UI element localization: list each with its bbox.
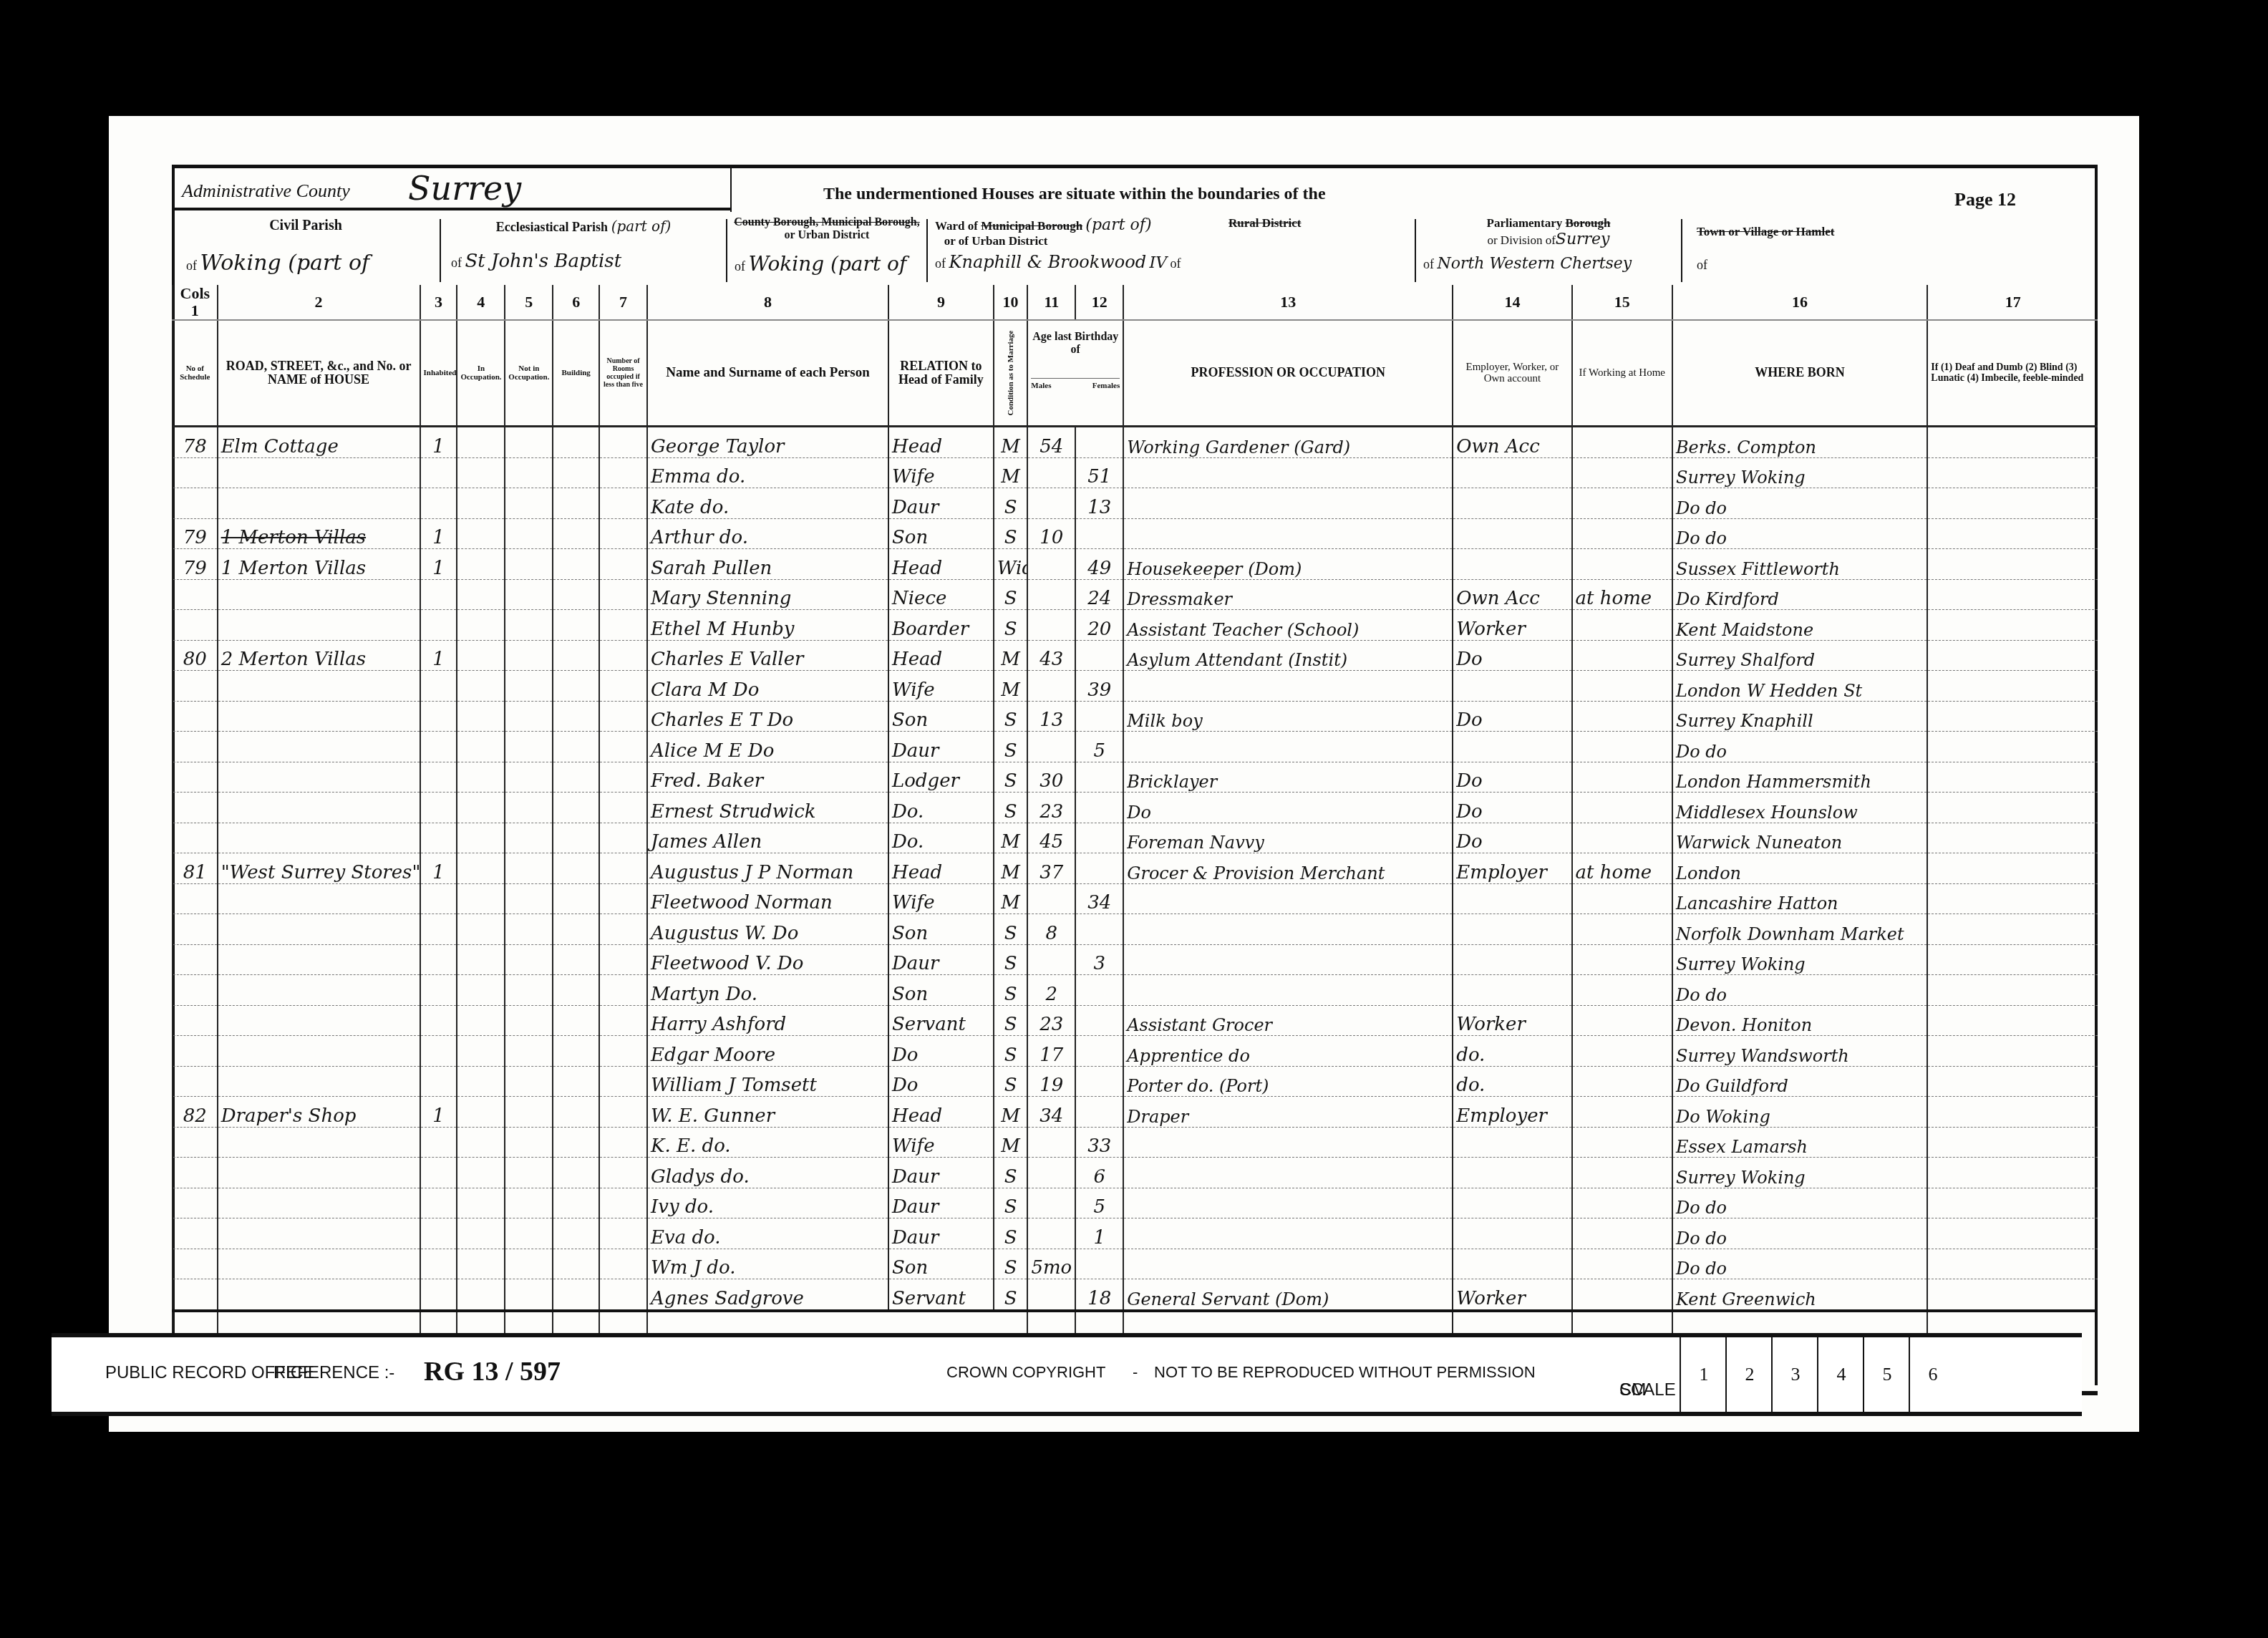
cell-schedule — [173, 1066, 218, 1097]
cell-schedule — [173, 610, 218, 641]
cell-address: "West Surrey Stores" — [218, 853, 420, 884]
cell-relation: Daur — [888, 1218, 994, 1249]
cell-born: Do do — [1672, 518, 1927, 549]
cell-infirmity — [1927, 488, 2098, 519]
cell-condition: M — [994, 457, 1028, 488]
col-num: 5 — [505, 285, 553, 320]
empty-cell — [505, 671, 553, 702]
cell-relation: Son — [888, 1249, 994, 1279]
cell-inhabited — [420, 1249, 457, 1279]
cell-born: Do Kirdford — [1672, 579, 1927, 610]
table-row: Kate do.DaurS13Do do — [173, 488, 2098, 519]
cell-at-home — [1572, 1218, 1672, 1249]
cell-employer: Do — [1453, 793, 1571, 823]
cell-relation: Son — [888, 518, 994, 549]
table-row: Eva do.DaurS1Do do — [173, 1218, 2098, 1249]
cell-occupation — [1123, 1218, 1453, 1249]
cell-condition: S — [994, 701, 1028, 732]
intro-text: The undermentioned Houses are situate wi… — [823, 185, 1326, 204]
cell-inhabited — [420, 671, 457, 702]
cell-male-age: 43 — [1027, 640, 1075, 671]
cell-rooms — [599, 701, 647, 732]
cell-female-age: 33 — [1075, 1127, 1123, 1158]
empty-cell — [505, 701, 553, 732]
cell-rooms — [599, 914, 647, 945]
empty-cell — [505, 1188, 553, 1218]
cell-employer: Own Acc — [1453, 579, 1571, 610]
table-row: Fleetwood NormanWifeM34Lancashire Hatton — [173, 883, 2098, 914]
cell-occupation — [1123, 883, 1453, 914]
cell-rooms — [599, 549, 647, 580]
cell-address: Elm Cottage — [218, 427, 420, 458]
cell-female-age: 18 — [1075, 1279, 1123, 1311]
cell-name: Emma do. — [647, 457, 888, 488]
table-row: Clara M DoWifeM39London W Hedden St — [173, 671, 2098, 702]
cell-address — [218, 1127, 420, 1158]
cell-address: 1 Merton Villas — [218, 518, 420, 549]
cell-inhabited — [420, 610, 457, 641]
cell-born: Sussex Fittleworth — [1672, 549, 1927, 580]
empty-cell — [553, 1188, 599, 1218]
empty-cell — [457, 853, 505, 884]
cell-occupation: Working Gardener (Gard) — [1123, 427, 1453, 458]
cell-name: Agnes Sadgrove — [647, 1279, 888, 1311]
cell-employer — [1453, 457, 1571, 488]
cell-male-age: 17 — [1027, 1036, 1075, 1067]
empty-cell — [553, 853, 599, 884]
empty-cell — [553, 944, 599, 975]
ward-cell: Ward of Municipal Borough (part of) or o… — [928, 212, 1228, 283]
parliamentary-value: North Western Chertsey — [1438, 255, 1632, 273]
empty-cell — [553, 640, 599, 671]
col-num: 8 — [647, 285, 888, 320]
cell-address — [218, 610, 420, 641]
cell-condition: S — [994, 518, 1028, 549]
cell-inhabited: 1 — [420, 853, 457, 884]
cell-rooms — [599, 975, 647, 1006]
cell-relation: Head — [888, 549, 994, 580]
empty-cell — [553, 549, 599, 580]
cell-relation: Head — [888, 1097, 994, 1128]
empty-cell — [505, 823, 553, 853]
cell-schedule — [173, 732, 218, 762]
cell-female-age — [1075, 1097, 1123, 1128]
cell-occupation — [1123, 1249, 1453, 1279]
cell-employer — [1453, 732, 1571, 762]
cell-female-age — [1075, 427, 1123, 458]
cell-born: Kent Greenwich — [1672, 1279, 1927, 1311]
empty-cell — [505, 549, 553, 580]
cell-occupation: Porter do. (Port) — [1123, 1066, 1453, 1097]
ward-value: Knaphill & Brookwood — [949, 252, 1147, 272]
empty-cell — [505, 762, 553, 793]
cell-inhabited — [420, 793, 457, 823]
cell-at-home — [1572, 1249, 1672, 1279]
cell-address — [218, 944, 420, 975]
cell-condition: S — [994, 488, 1028, 519]
cell-female-age — [1075, 1249, 1123, 1279]
cell-rooms — [599, 1279, 647, 1311]
cell-relation: Daur — [888, 732, 994, 762]
cell-rooms — [599, 944, 647, 975]
cell-address — [218, 1066, 420, 1097]
cell-address — [218, 671, 420, 702]
empty-cell — [505, 1279, 553, 1311]
cell-address: 2 Merton Villas — [218, 640, 420, 671]
empty-cell — [505, 640, 553, 671]
empty-cell — [505, 793, 553, 823]
empty-cell — [505, 1036, 553, 1067]
table-row: Augustus W. DoSonS8Norfolk Downham Marke… — [173, 914, 2098, 945]
cell-born: London W Hedden St — [1672, 671, 1927, 702]
table-row: Wm J do.SonS5moDo do — [173, 1249, 2098, 1279]
cell-name: Charles E T Do — [647, 701, 888, 732]
empty-cell — [553, 610, 599, 641]
cell-address: Draper's Shop — [218, 1097, 420, 1128]
cell-address — [218, 732, 420, 762]
cell-condition: S — [994, 1188, 1028, 1218]
cell-infirmity — [1927, 1218, 2098, 1249]
empty-cell — [457, 1066, 505, 1097]
cell-female-age: 5 — [1075, 1188, 1123, 1218]
cell-schedule — [173, 457, 218, 488]
table-row: Alice M E DoDaurS5Do do — [173, 732, 2098, 762]
scale-mark: 5 — [1863, 1337, 1910, 1412]
heading-condition: Condition as to Marriage — [994, 320, 1028, 427]
cell-condition: S — [994, 1158, 1028, 1188]
table-row: Ethel M HunbyBoarderS20Assistant Teacher… — [173, 610, 2098, 641]
cell-name: Martyn Do. — [647, 975, 888, 1006]
cell-condition: S — [994, 1005, 1028, 1036]
cell-at-home — [1572, 518, 1672, 549]
cell-female-age — [1075, 975, 1123, 1006]
empty-cell — [457, 823, 505, 853]
empty-cell — [505, 1097, 553, 1128]
cell-condition: S — [994, 610, 1028, 641]
empty-cell — [457, 579, 505, 610]
empty-cell — [553, 671, 599, 702]
cell-rooms — [599, 1249, 647, 1279]
cell-at-home — [1572, 883, 1672, 914]
table-row: 78Elm Cottage1George TaylorHeadM54Workin… — [173, 427, 2098, 458]
cell-occupation — [1123, 914, 1453, 945]
cell-name: Augustus J P Norman — [647, 853, 888, 884]
cell-relation: Son — [888, 975, 994, 1006]
cell-schedule — [173, 488, 218, 519]
cell-infirmity — [1927, 762, 2098, 793]
cell-schedule — [173, 1036, 218, 1067]
cell-employer: Worker — [1453, 1005, 1571, 1036]
cell-name: James Allen — [647, 823, 888, 853]
cell-inhabited: 1 — [420, 427, 457, 458]
cell-inhabited: 1 — [420, 549, 457, 580]
table-row: 802 Merton Villas1Charles E VallerHeadM4… — [173, 640, 2098, 671]
cell-at-home — [1572, 610, 1672, 641]
empty-cell — [457, 488, 505, 519]
cell-condition: M — [994, 1097, 1028, 1128]
heading-where-born: WHERE BORN — [1672, 320, 1927, 427]
heading-schedule: No of Schedule — [173, 320, 218, 427]
empty-cell — [505, 1005, 553, 1036]
cell-schedule — [173, 671, 218, 702]
empty-cell — [553, 579, 599, 610]
table-row: Fleetwood V. DoDaurS3Surrey Woking — [173, 944, 2098, 975]
cell-rooms — [599, 823, 647, 853]
empty-cell — [553, 701, 599, 732]
cell-schedule — [173, 701, 218, 732]
cell-occupation: Milk boy — [1123, 701, 1453, 732]
cell-born: Surrey Shalford — [1672, 640, 1927, 671]
cell-female-age: 49 — [1075, 549, 1123, 580]
cell-female-age: 39 — [1075, 671, 1123, 702]
census-table: Cols 1 2 3 4 5 6 7 8 9 10 11 12 13 14 15… — [172, 285, 2098, 1395]
cell-occupation: Foreman Navvy — [1123, 823, 1453, 853]
cell-female-age — [1075, 853, 1123, 884]
cell-occupation — [1123, 518, 1453, 549]
cell-condition: M — [994, 640, 1028, 671]
cell-infirmity — [1927, 1005, 2098, 1036]
table-row: K. E. do.WifeM33Essex Lamarsh — [173, 1127, 2098, 1158]
heading-not-in-occupation: Not in Occupation. — [505, 320, 553, 427]
cell-infirmity — [1927, 1249, 2098, 1279]
cell-occupation: Draper — [1123, 1097, 1453, 1128]
cell-male-age — [1027, 1127, 1075, 1158]
cell-male-age: 54 — [1027, 427, 1075, 458]
cell-relation: Do — [888, 1066, 994, 1097]
cell-male-age — [1027, 1188, 1075, 1218]
cell-female-age: 13 — [1075, 488, 1123, 519]
heading-building: Building — [553, 320, 599, 427]
cell-inhabited — [420, 1158, 457, 1188]
cell-rooms — [599, 1097, 647, 1128]
empty-cell — [457, 1279, 505, 1311]
col-num: 2 — [218, 285, 420, 320]
empty-cell — [553, 975, 599, 1006]
col-num: 13 — [1123, 285, 1453, 320]
table-row: Ernest StrudwickDo.S23DoDoMiddlesex Houn… — [173, 793, 2098, 823]
cell-female-age — [1075, 640, 1123, 671]
cell-schedule: 82 — [173, 1097, 218, 1128]
cell-occupation: Dressmaker — [1123, 579, 1453, 610]
cell-rooms — [599, 1066, 647, 1097]
empty-cell — [505, 732, 553, 762]
heading-employer: Employer, Worker, or Own account — [1453, 320, 1571, 427]
cell-occupation: Assistant Teacher (School) — [1123, 610, 1453, 641]
empty-cell — [553, 1249, 599, 1279]
cell-infirmity — [1927, 1188, 2098, 1218]
cell-schedule — [173, 793, 218, 823]
admin-county-value: Surrey — [408, 169, 521, 208]
empty-cell — [553, 823, 599, 853]
cell-infirmity — [1927, 518, 2098, 549]
table-row: 791 Merton Villas1Sarah PullenHeadWid49H… — [173, 549, 2098, 580]
cell-female-age: 20 — [1075, 610, 1123, 641]
rural-district-cell: Rural District — [1228, 212, 1415, 283]
empty-cell — [553, 1005, 599, 1036]
cell-inhabited — [420, 457, 457, 488]
empty-cell — [505, 518, 553, 549]
cell-inhabited — [420, 1188, 457, 1218]
town-cell: Town or Village or Hamlet of — [1682, 212, 2095, 283]
empty-cell — [505, 1066, 553, 1097]
cell-employer: Employer — [1453, 1097, 1571, 1128]
cell-female-age — [1075, 823, 1123, 853]
census-sheet: Administrative County Surrey The underme… — [172, 159, 2098, 1383]
table-row: Fred. BakerLodgerS30BricklayerDoLondon H… — [173, 762, 2098, 793]
col-num: 10 — [994, 285, 1028, 320]
cell-condition: M — [994, 883, 1028, 914]
cell-address: 1 Merton Villas — [218, 549, 420, 580]
cell-male-age: 37 — [1027, 853, 1075, 884]
cell-name: Sarah Pullen — [647, 549, 888, 580]
cell-female-age: 6 — [1075, 1158, 1123, 1188]
empty-cell — [457, 1005, 505, 1036]
empty-cell — [553, 732, 599, 762]
cell-address — [218, 823, 420, 853]
civil-parish-cell: Civil Parish of Woking (part of — [172, 212, 440, 283]
cell-schedule — [173, 944, 218, 975]
cell-name: Fleetwood Norman — [647, 883, 888, 914]
cell-at-home — [1572, 427, 1672, 458]
cell-female-age: 24 — [1075, 579, 1123, 610]
empty-cell — [505, 610, 553, 641]
cell-condition: S — [994, 1279, 1028, 1311]
cell-occupation — [1123, 457, 1453, 488]
col-num: 15 — [1572, 285, 1672, 320]
cell-condition: Wid — [994, 549, 1028, 580]
empty-cell — [457, 549, 505, 580]
cell-name: Harry Ashford — [647, 1005, 888, 1036]
cell-rooms — [599, 1218, 647, 1249]
cell-male-age — [1027, 1158, 1075, 1188]
cell-infirmity — [1927, 1066, 2098, 1097]
cell-born: Lancashire Hatton — [1672, 883, 1927, 914]
table-row: 791 Merton Villas1Arthur do.SonS10Do do — [173, 518, 2098, 549]
cell-infirmity — [1927, 883, 2098, 914]
cell-condition: S — [994, 1249, 1028, 1279]
cell-at-home — [1572, 1127, 1672, 1158]
cell-born: Surrey Woking — [1672, 1158, 1927, 1188]
scale-mark: 2 — [1725, 1337, 1773, 1412]
cell-male-age: 23 — [1027, 793, 1075, 823]
heading-occupation: PROFESSION OR OCCUPATION — [1123, 320, 1453, 427]
cell-occupation — [1123, 975, 1453, 1006]
copyright-label: CROWN COPYRIGHT — [946, 1363, 1105, 1382]
cell-male-age: 34 — [1027, 1097, 1075, 1128]
cell-inhabited — [420, 1036, 457, 1067]
cell-rooms — [599, 1158, 647, 1188]
cell-occupation: Do — [1123, 793, 1453, 823]
empty-cell — [553, 914, 599, 945]
cell-male-age — [1027, 549, 1075, 580]
cell-infirmity — [1927, 1036, 2098, 1067]
cell-condition: S — [994, 732, 1028, 762]
cell-born: Do do — [1672, 1249, 1927, 1279]
cell-rooms — [599, 640, 647, 671]
cell-male-age: 5mo — [1027, 1249, 1075, 1279]
cell-inhabited — [420, 762, 457, 793]
cell-relation: Head — [888, 640, 994, 671]
cell-female-age: 51 — [1075, 457, 1123, 488]
empty-cell — [505, 944, 553, 975]
heading-infirmity: If (1) Deaf and Dumb (2) Blind (3) Lunat… — [1927, 320, 2098, 427]
scale-mark: 4 — [1817, 1337, 1864, 1412]
cell-infirmity — [1927, 944, 2098, 975]
cell-name: Clara M Do — [647, 671, 888, 702]
cell-infirmity — [1927, 1279, 2098, 1311]
cell-at-home — [1572, 671, 1672, 702]
cell-male-age — [1027, 732, 1075, 762]
cell-name: Charles E Valler — [647, 640, 888, 671]
cell-male-age: 2 — [1027, 975, 1075, 1006]
cell-infirmity — [1927, 701, 2098, 732]
cell-infirmity — [1927, 671, 2098, 702]
empty-cell — [457, 883, 505, 914]
cell-address — [218, 1249, 420, 1279]
cell-address — [218, 701, 420, 732]
empty-cell — [457, 1188, 505, 1218]
top-rule — [172, 165, 2098, 168]
empty-cell — [553, 457, 599, 488]
empty-cell — [505, 579, 553, 610]
col-num: 4 — [457, 285, 505, 320]
cell-name: Ethel M Hunby — [647, 610, 888, 641]
col-num: 17 — [1927, 285, 2098, 320]
cell-inhabited — [420, 701, 457, 732]
cell-relation: Wife — [888, 883, 994, 914]
cell-relation: Niece — [888, 579, 994, 610]
cell-born: Essex Lamarsh — [1672, 1127, 1927, 1158]
column-numbers-row: Cols 1 2 3 4 5 6 7 8 9 10 11 12 13 14 15… — [173, 285, 2098, 320]
cell-occupation — [1123, 488, 1453, 519]
cell-rooms — [599, 457, 647, 488]
cell-male-age — [1027, 671, 1075, 702]
cell-occupation — [1123, 1188, 1453, 1218]
cell-infirmity — [1927, 793, 2098, 823]
cell-inhabited — [420, 1127, 457, 1158]
cell-born: Do do — [1672, 975, 1927, 1006]
col-num: 14 — [1453, 285, 1571, 320]
cell-male-age: 45 — [1027, 823, 1075, 853]
empty-cell — [457, 518, 505, 549]
cell-born: Do Woking — [1672, 1097, 1927, 1128]
cell-born: Kent Maidstone — [1672, 610, 1927, 641]
empty-cell — [553, 1097, 599, 1128]
cell-occupation: Asylum Attendant (Instit) — [1123, 640, 1453, 671]
admin-county-label: Administrative County — [182, 180, 350, 202]
cell-occupation: Grocer & Provision Merchant — [1123, 853, 1453, 884]
cell-at-home — [1572, 701, 1672, 732]
col-num: 3 — [420, 285, 457, 320]
cell-at-home: at home — [1572, 853, 1672, 884]
cell-at-home — [1572, 488, 1672, 519]
parliamentary-cell: Parliamentary Boroughor Division ofSurre… — [1416, 212, 1681, 283]
cell-address — [218, 579, 420, 610]
cell-rooms — [599, 853, 647, 884]
cell-inhabited — [420, 914, 457, 945]
cell-address — [218, 1036, 420, 1067]
empty-cell — [505, 883, 553, 914]
cell-male-age — [1027, 1218, 1075, 1249]
cell-occupation — [1123, 671, 1453, 702]
cell-condition: M — [994, 671, 1028, 702]
cell-at-home — [1572, 1188, 1672, 1218]
empty-cell — [457, 762, 505, 793]
empty-cell — [457, 1127, 505, 1158]
empty-cell — [553, 518, 599, 549]
cell-inhabited — [420, 1279, 457, 1311]
cell-name: W. E. Gunner — [647, 1097, 888, 1128]
